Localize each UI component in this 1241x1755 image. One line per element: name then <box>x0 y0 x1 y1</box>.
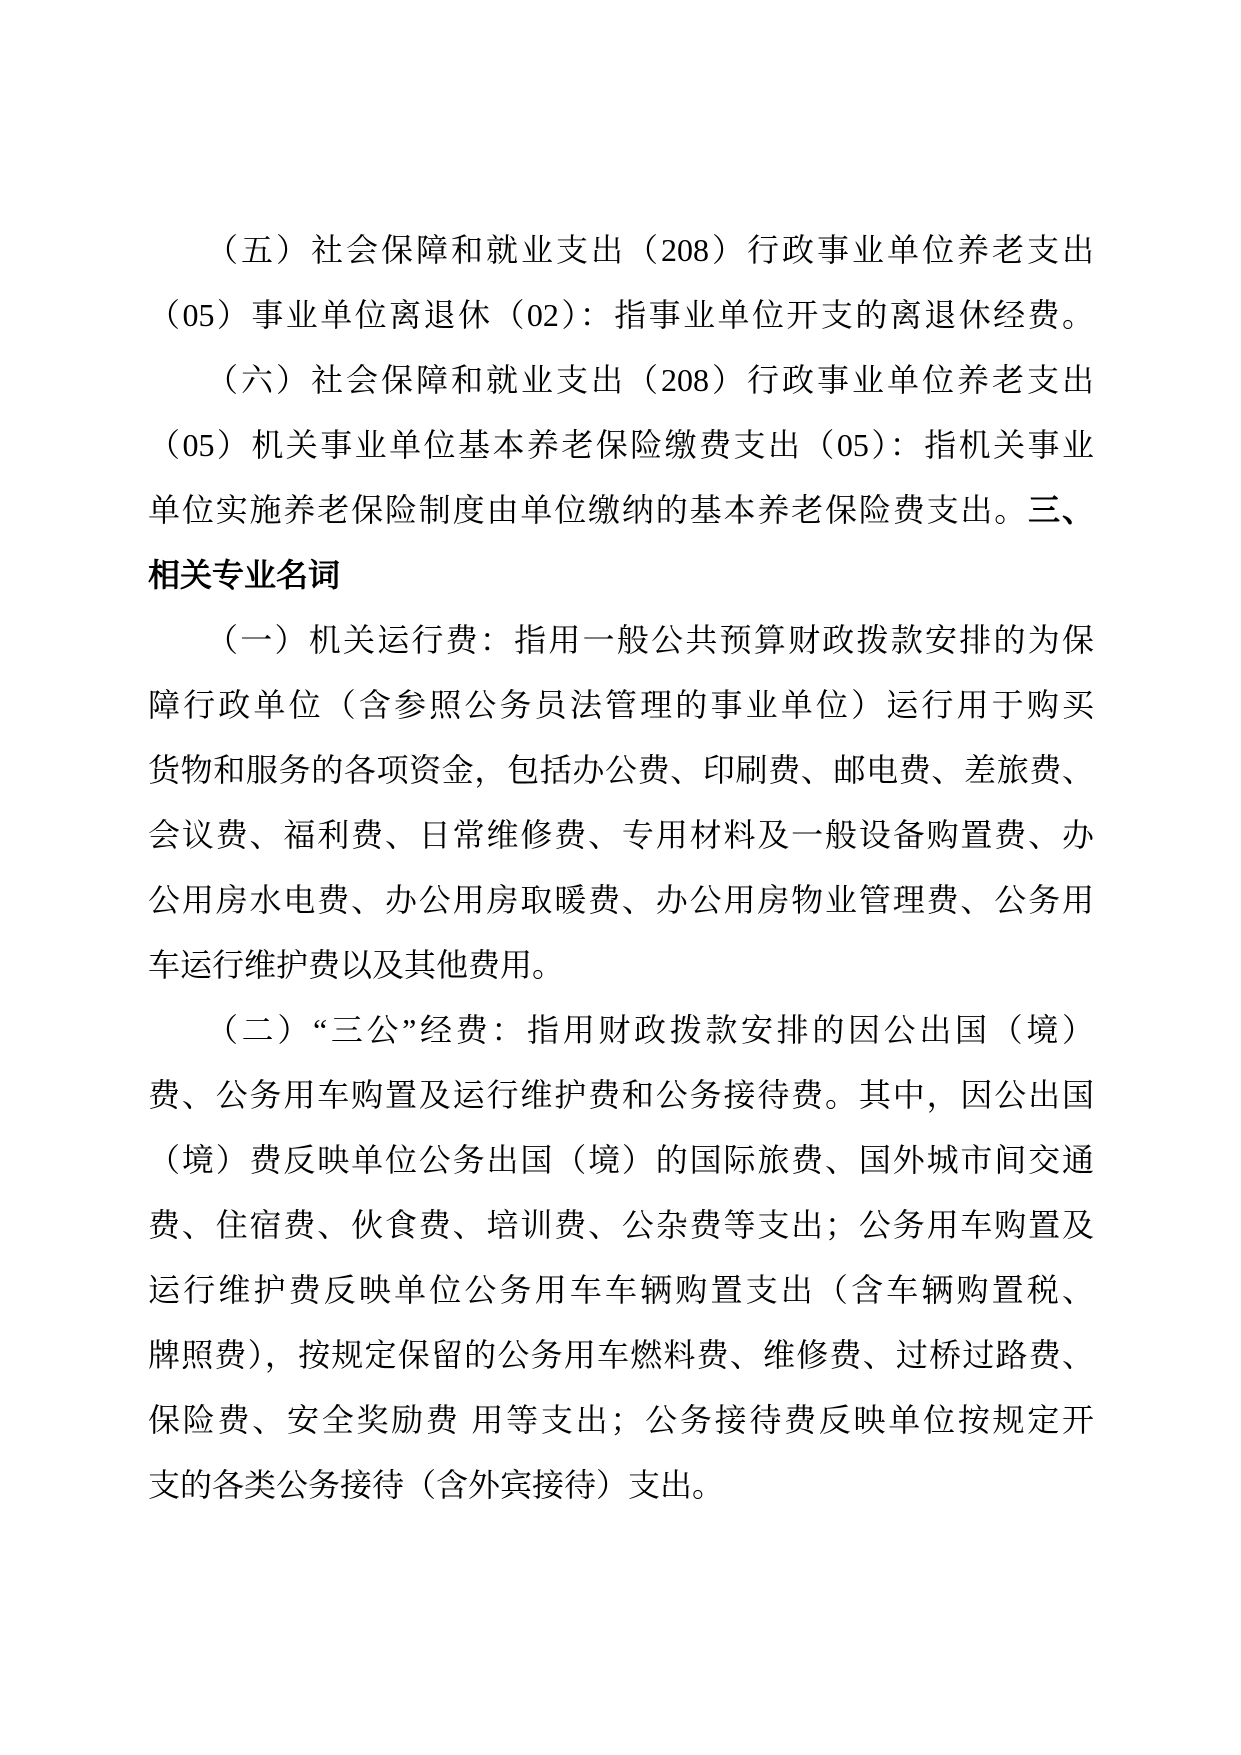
section-heading-line: 相关专业名词 <box>148 543 1094 608</box>
body-text-segment: 会议费、福利费、日常维修费、专用材料及一般设备购置费、办 <box>148 817 1094 853</box>
body-text-segment: （六）社会保障和就业支出（208）行政事业单位养老支出 <box>206 362 1094 398</box>
text-line: （05）机关事业单位基本养老保险缴费支出（05）：指机关事业 <box>148 413 1094 478</box>
text-line: （一）机关运行费：指用一般公共预算财政拨款安排的为保 <box>148 608 1094 673</box>
body-text-segment: 支的各类公务接待（含外宾接待）支出。 <box>148 1467 724 1503</box>
body-text-segment: （一）机关运行费：指用一般公共预算财政拨款安排的为保 <box>206 622 1094 658</box>
body-text-segment: （05）事业单位离退休（02）：指事业单位开支的离退休经费。 <box>148 297 1094 333</box>
body-text-segment: （境）费反映单位公务出国（境）的国际旅费、国外城市间交通 <box>148 1142 1094 1178</box>
document-page: （五）社会保障和就业支出（208）行政事业单位养老支出（05）事业单位离退休（0… <box>0 0 1241 1755</box>
text-line: 单位实施养老保险制度由单位缴纳的基本养老保险费支出。三、 <box>148 478 1094 543</box>
text-line: 费、公务用车购置及运行维护费和公务接待费。其中，因公出国 <box>148 1063 1094 1128</box>
text-line: （05）事业单位离退休（02）：指事业单位开支的离退休经费。 <box>148 283 1094 348</box>
body-text-segment: 车运行维护费以及其他费用。 <box>148 947 564 983</box>
heading-text-segment: 相关专业名词 <box>148 557 340 593</box>
body-text-segment: （五）社会保障和就业支出（208）行政事业单位养老支出 <box>206 232 1094 268</box>
text-line: 费、住宿费、伙食费、培训费、公杂费等支出；公务用车购置及 <box>148 1193 1094 1258</box>
body-text-segment: 货物和服务的各项资金，包括办公费、印刷费、邮电费、差旅费、 <box>148 752 1094 788</box>
text-line: （六）社会保障和就业支出（208）行政事业单位养老支出 <box>148 348 1094 413</box>
text-line: （五）社会保障和就业支出（208）行政事业单位养老支出 <box>148 218 1094 283</box>
body-text-segment: 保险费、安全奖励费 用等支出；公务接待费反映单位按规定开 <box>148 1402 1094 1438</box>
body-text-segment: 运行维护费反映单位公务用车车辆购置支出（含车辆购置税、 <box>148 1272 1094 1308</box>
text-block: （五）社会保障和就业支出（208）行政事业单位养老支出（05）事业单位离退休（0… <box>148 218 1094 1518</box>
text-line: （二）“三公”经费：指用财政拨款安排的因公出国（境） <box>148 998 1094 1063</box>
heading-text-segment: 三、 <box>1028 492 1094 528</box>
body-text-segment: 障行政单位（含参照公务员法管理的事业单位）运行用于购买 <box>148 687 1094 723</box>
text-line: 货物和服务的各项资金，包括办公费、印刷费、邮电费、差旅费、 <box>148 738 1094 803</box>
text-line: 支的各类公务接待（含外宾接待）支出。 <box>148 1453 1094 1518</box>
text-line: 保险费、安全奖励费 用等支出；公务接待费反映单位按规定开 <box>148 1388 1094 1453</box>
text-line: 牌照费），按规定保留的公务用车燃料费、维修费、过桥过路费、 <box>148 1323 1094 1388</box>
body-text-segment: 单位实施养老保险制度由单位缴纳的基本养老保险费支出。 <box>148 492 1028 528</box>
text-line: 车运行维护费以及其他费用。 <box>148 933 1094 998</box>
text-line: 障行政单位（含参照公务员法管理的事业单位）运行用于购买 <box>148 673 1094 738</box>
text-line: 会议费、福利费、日常维修费、专用材料及一般设备购置费、办 <box>148 803 1094 868</box>
body-text-segment: （05）机关事业单位基本养老保险缴费支出（05）：指机关事业 <box>148 427 1094 463</box>
body-text-segment: 费、住宿费、伙食费、培训费、公杂费等支出；公务用车购置及 <box>148 1207 1094 1243</box>
body-text-segment: 牌照费），按规定保留的公务用车燃料费、维修费、过桥过路费、 <box>148 1337 1094 1373</box>
body-text-segment: 费、公务用车购置及运行维护费和公务接待费。其中，因公出国 <box>148 1077 1094 1113</box>
text-line: 公用房水电费、办公用房取暖费、办公用房物业管理费、公务用 <box>148 868 1094 933</box>
text-line: （境）费反映单位公务出国（境）的国际旅费、国外城市间交通 <box>148 1128 1094 1193</box>
text-line: 运行维护费反映单位公务用车车辆购置支出（含车辆购置税、 <box>148 1258 1094 1323</box>
body-text-segment: （二）“三公”经费：指用财政拨款安排的因公出国（境） <box>206 1012 1094 1048</box>
body-text-segment: 公用房水电费、办公用房取暖费、办公用房物业管理费、公务用 <box>148 882 1094 918</box>
